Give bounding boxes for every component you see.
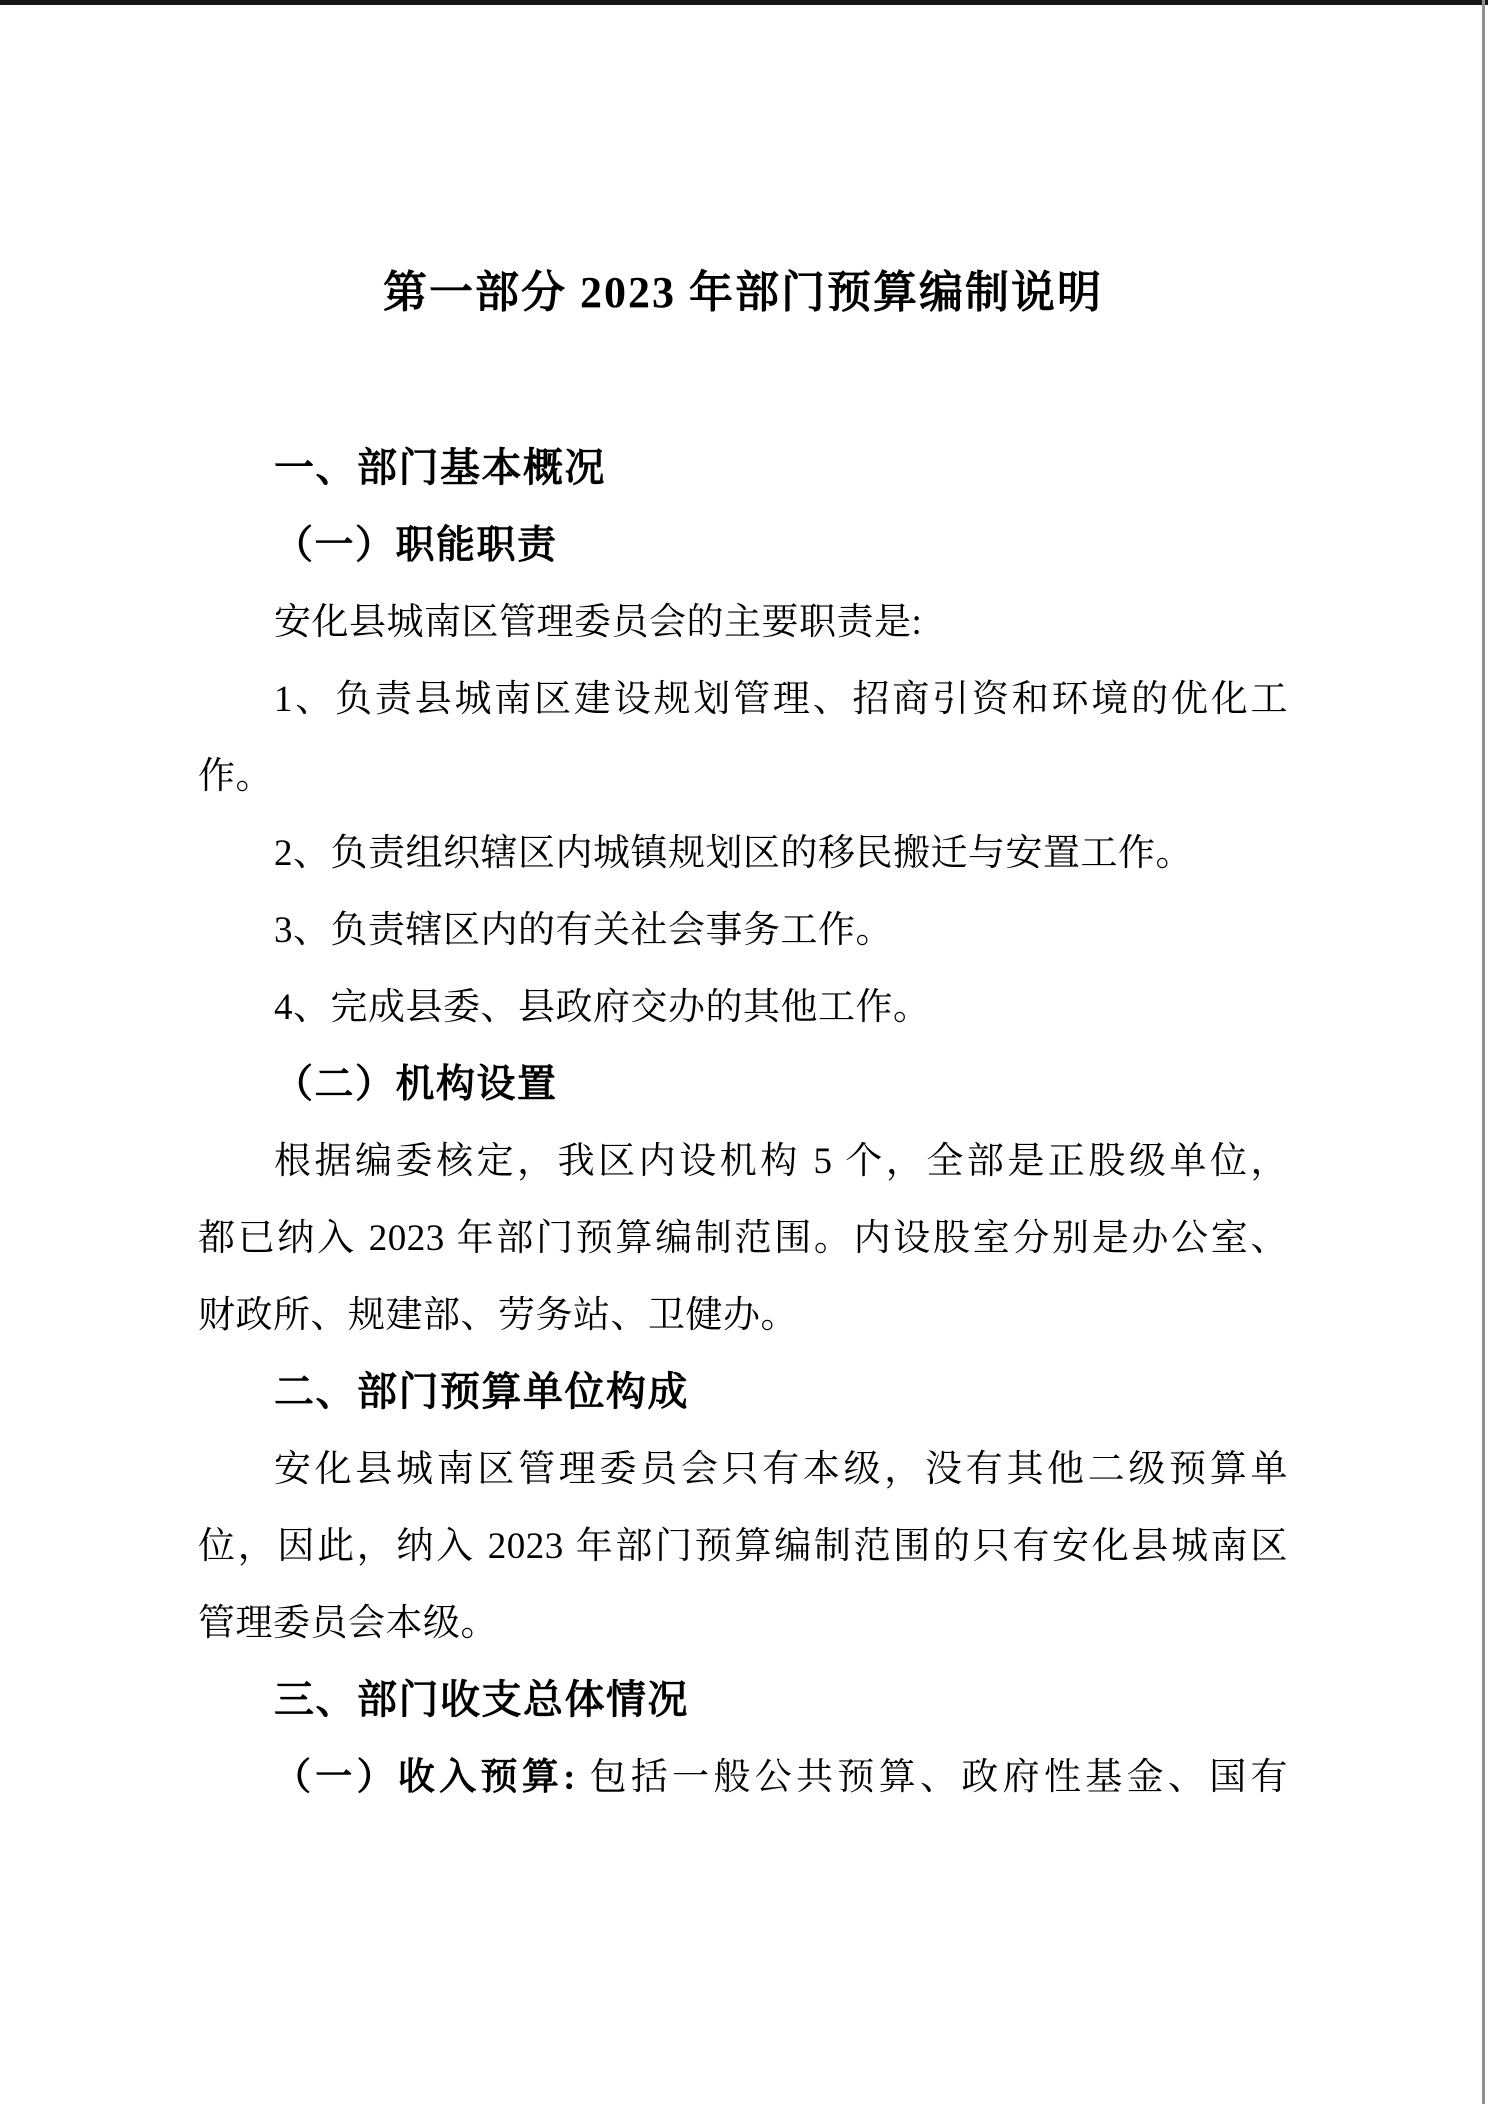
paragraph-line: 3、负责辖区内的有关社会事务工作。 <box>198 892 1288 969</box>
paragraph-line: 根据编委核定，我区内设机构 5 个，全部是正股级单位， <box>198 1123 1288 1200</box>
paragraph-line: 2、负责组织辖区内城镇规划区的移民搬迁与安置工作。 <box>198 815 1288 892</box>
document-body: 一、部门基本概况（一）职能职责安化县城南区管理委员会的主要职责是:1、负责县城南… <box>198 430 1288 1816</box>
paragraph-bold-run: （一）收入预算: <box>274 1757 576 1798</box>
paragraph-line: 安化县城南区管理委员会只有本级，没有其他二级预算单 <box>198 1431 1288 1508</box>
document-content: 第一部分 2023 年部门预算编制说明 一、部门基本概况（一）职能职责安化县城南… <box>198 0 1288 1816</box>
subsection-heading: （二）机构设置 <box>198 1046 1288 1123</box>
document-page: 第一部分 2023 年部门预算编制说明 一、部门基本概况（一）职能职责安化县城南… <box>0 0 1488 2104</box>
paragraph-line: 财政所、规建部、劳务站、卫健办。 <box>198 1277 1288 1354</box>
paragraph-line: 作。 <box>198 738 1288 815</box>
paragraph-line: 1、负责县城南区建设规划管理、招商引资和环境的优化工 <box>198 661 1288 738</box>
subsection-heading: （一）职能职责 <box>198 507 1288 584</box>
paragraph-line: 安化县城南区管理委员会的主要职责是: <box>198 584 1288 661</box>
paragraph-line: 4、完成县委、县政府交办的其他工作。 <box>198 969 1288 1046</box>
document-title: 第一部分 2023 年部门预算编制说明 <box>198 265 1288 320</box>
section-heading: 二、部门预算单位构成 <box>198 1354 1288 1431</box>
paragraph-line: 都已纳入 2023 年部门预算编制范围。内设股室分别是办公室、 <box>198 1200 1288 1277</box>
section-heading: 一、部门基本概况 <box>198 430 1288 507</box>
paragraph-line: 位，因此，纳入 2023 年部门预算编制范围的只有安化县城南区 <box>198 1508 1288 1585</box>
paragraph-line: 管理委员会本级。 <box>198 1585 1288 1662</box>
paragraph-text-run: 包括一般公共预算、政府性基金、国有 <box>576 1757 1288 1798</box>
page-right-edge-line <box>1482 0 1485 2104</box>
paragraph-line: （一）收入预算: 包括一般公共预算、政府性基金、国有 <box>198 1739 1288 1816</box>
section-heading: 三、部门收支总体情况 <box>198 1662 1288 1739</box>
